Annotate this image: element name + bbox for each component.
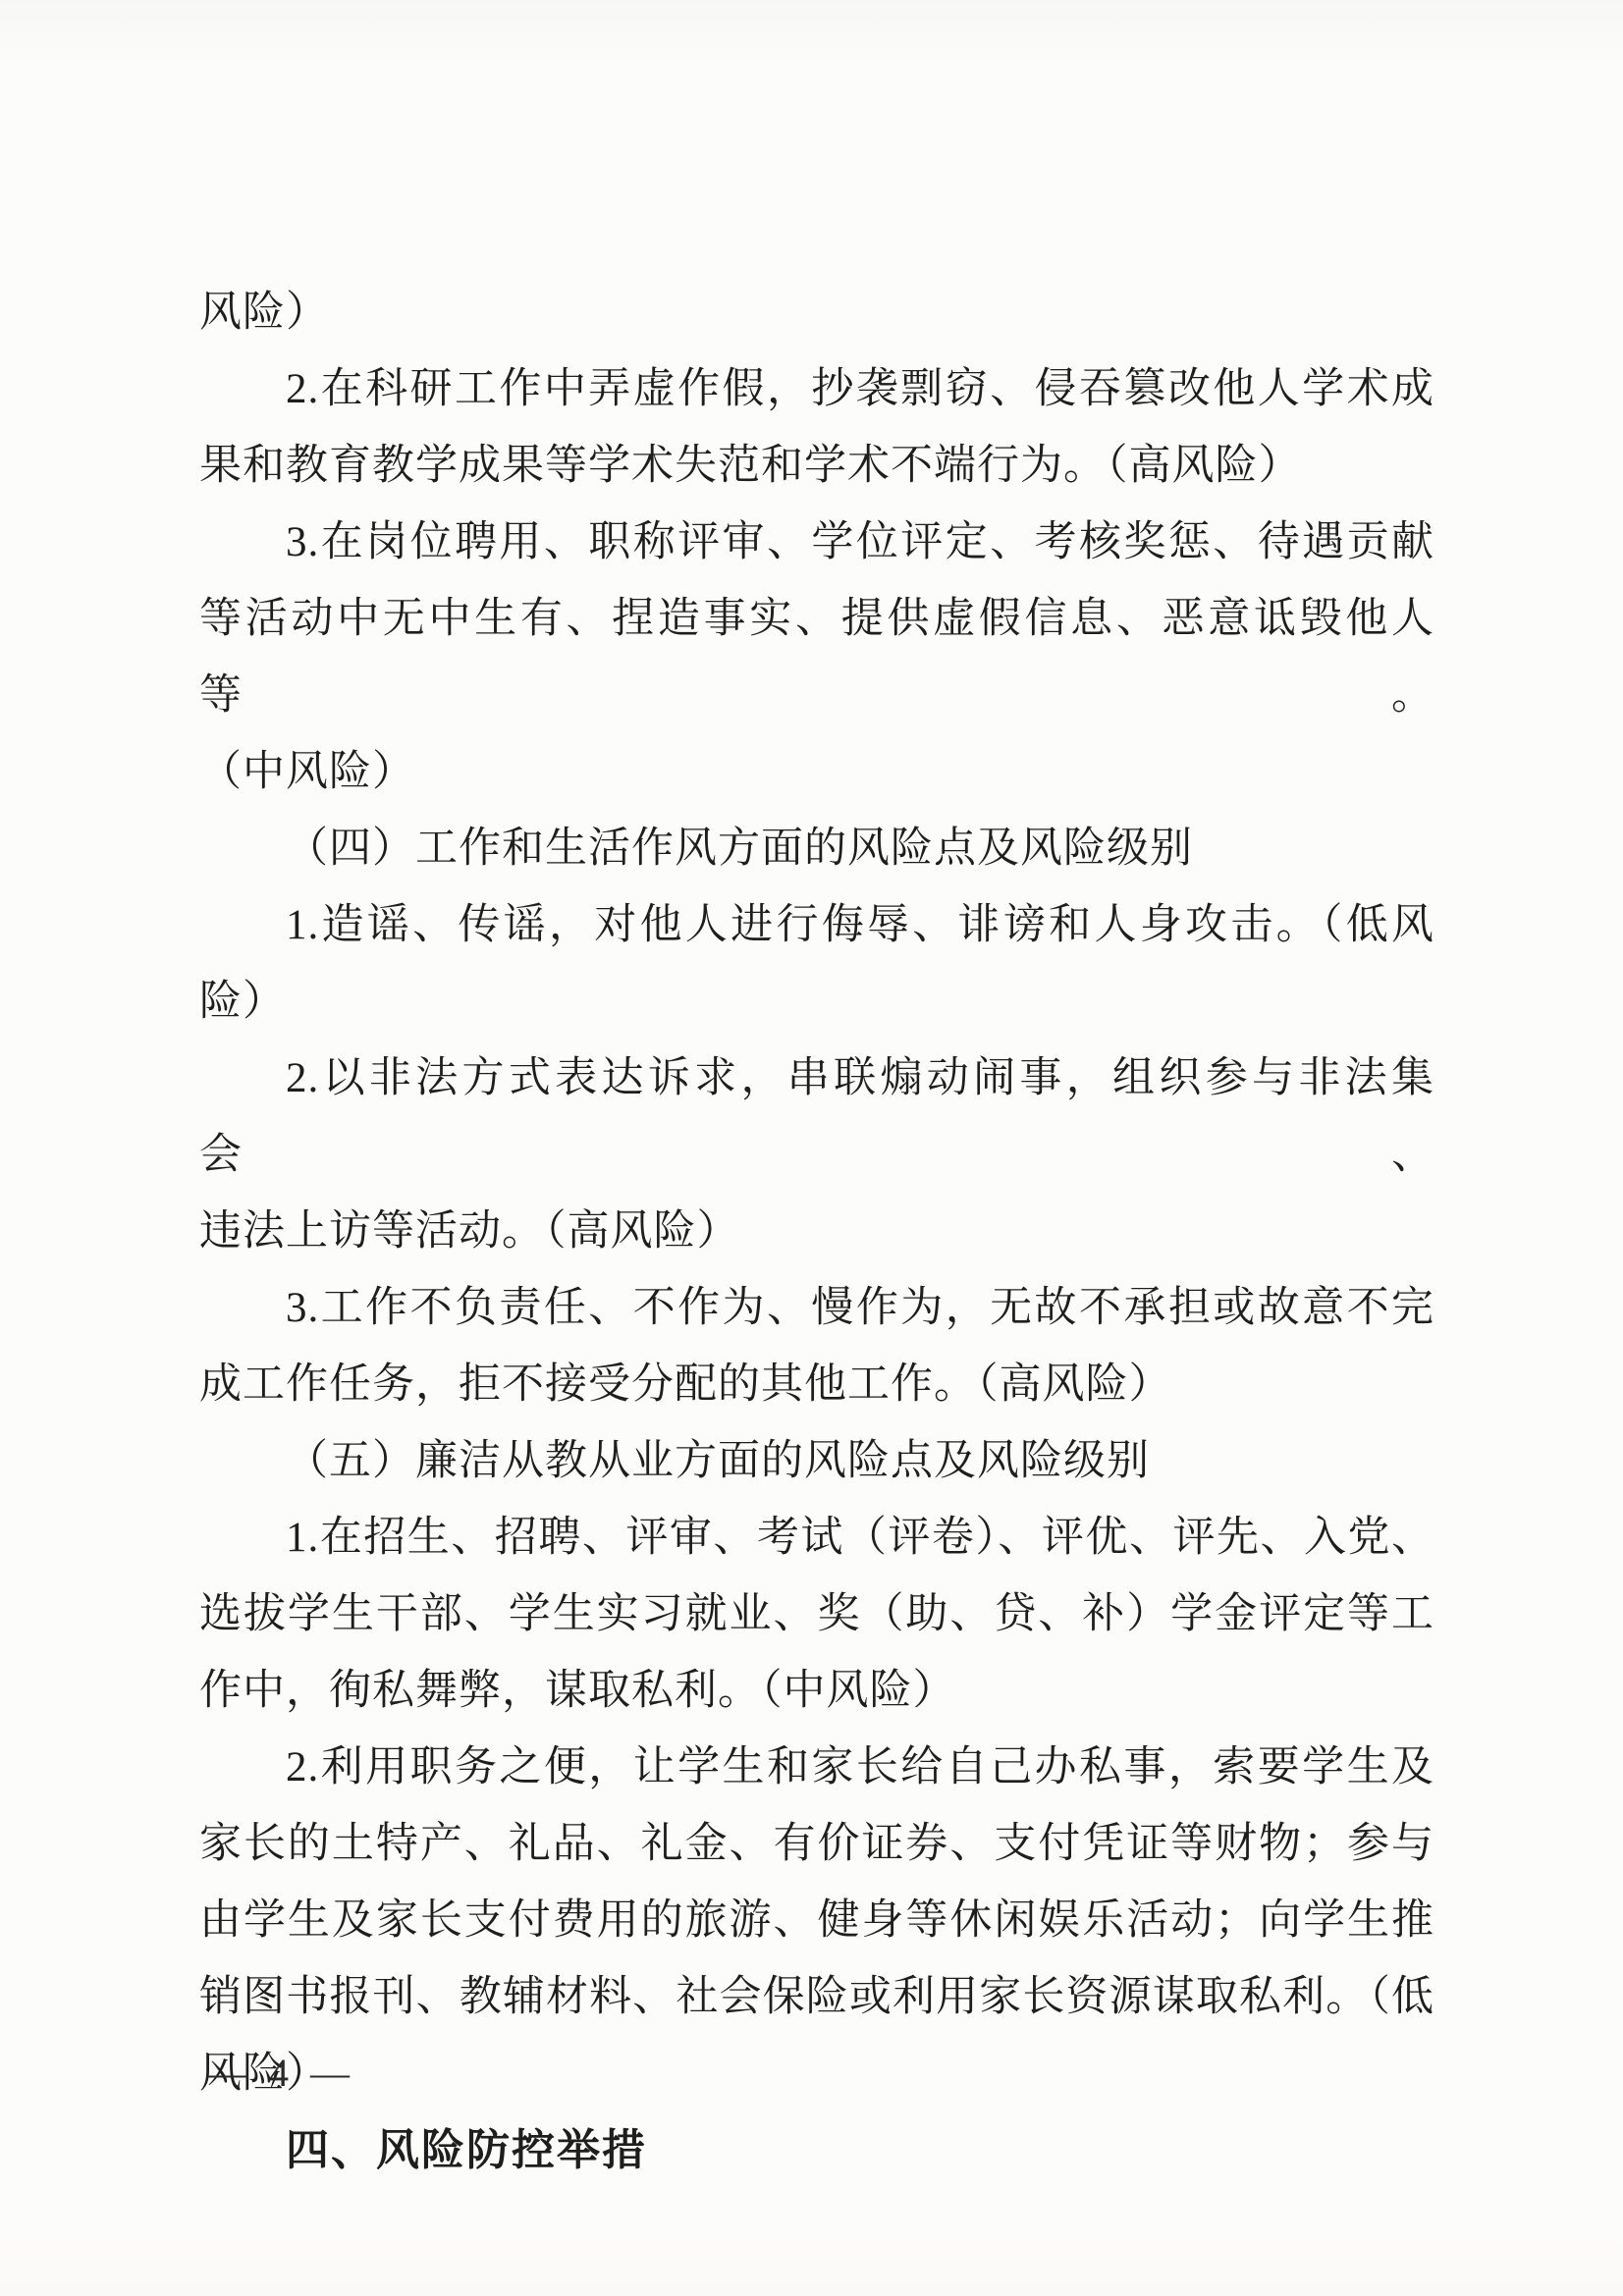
section-subheading: （五）廉洁从教从业方面的风险点及风险级别 [199, 1423, 1434, 1500]
body-line: 1.造谣、传谣，对他人进行侮辱、诽谤和人身攻击。（低风 [199, 887, 1434, 964]
body-line: 等活动中无中生有、捏造事实、提供虚假信息、恶意诋毁他人等。 [199, 581, 1434, 734]
body-line: 由学生及家长支付费用的旅游、健身等休闲娱乐活动；向学生推 [199, 1883, 1434, 1959]
body-line: 3.工作不负责任、不作为、慢作为，无故不承担或故意不完 [199, 1270, 1434, 1347]
body-line: 违法上访等活动。（高风险） [199, 1194, 1434, 1270]
body-line: 选拔学生干部、学生实习就业、奖（助、贷、补）学金评定等工 [199, 1576, 1434, 1653]
body-line: （中风险） [199, 734, 1434, 811]
body-line: 成工作任务，拒不接受分配的其他工作。（高风险） [199, 1347, 1434, 1423]
body-line: 风险） [199, 2036, 1434, 2112]
body-line: 险） [199, 964, 1434, 1041]
body-line: 家长的土特产、礼品、礼金、有价证券、支付凭证等财物；参与 [199, 1806, 1434, 1883]
body-line: 2.利用职务之便，让学生和家长给自己办私事，索要学生及 [199, 1730, 1434, 1806]
body-line: 作中，徇私舞弊，谋取私利。（中风险） [199, 1653, 1434, 1730]
page-number: — 4 — [208, 2044, 355, 2103]
document-page: 风险） 2.在科研工作中弄虚作假，抄袭剽窃、侵吞篡改他人学术成 果和教育教学成果… [0, 0, 1623, 2296]
body-line: 2.在科研工作中弄虚作假，抄袭剽窃、侵吞篡改他人学术成 [199, 351, 1434, 428]
section-heading: 四、风险防控举措 [199, 2112, 1434, 2189]
body-line: 销图书报刊、教辅材料、社会保险或利用家长资源谋取私利。（低 [199, 1959, 1434, 2036]
body-line: 果和教育教学成果等学术失范和学术不端行为。（高风险） [199, 428, 1434, 505]
body-line: 3.在岗位聘用、职称评审、学位评定、考核奖惩、待遇贡献 [199, 505, 1434, 581]
body-line: 2.以非法方式表达诉求，串联煽动闹事，组织参与非法集会、 [199, 1041, 1434, 1194]
section-subheading: （四）工作和生活作风方面的风险点及风险级别 [199, 811, 1434, 887]
body-line: 风险） [199, 275, 1434, 351]
body-line: 1.在招生、招聘、评审、考试（评卷）、评优、评先、入党、 [199, 1500, 1434, 1576]
document-body: 风险） 2.在科研工作中弄虚作假，抄袭剽窃、侵吞篡改他人学术成 果和教育教学成果… [199, 275, 1434, 2189]
